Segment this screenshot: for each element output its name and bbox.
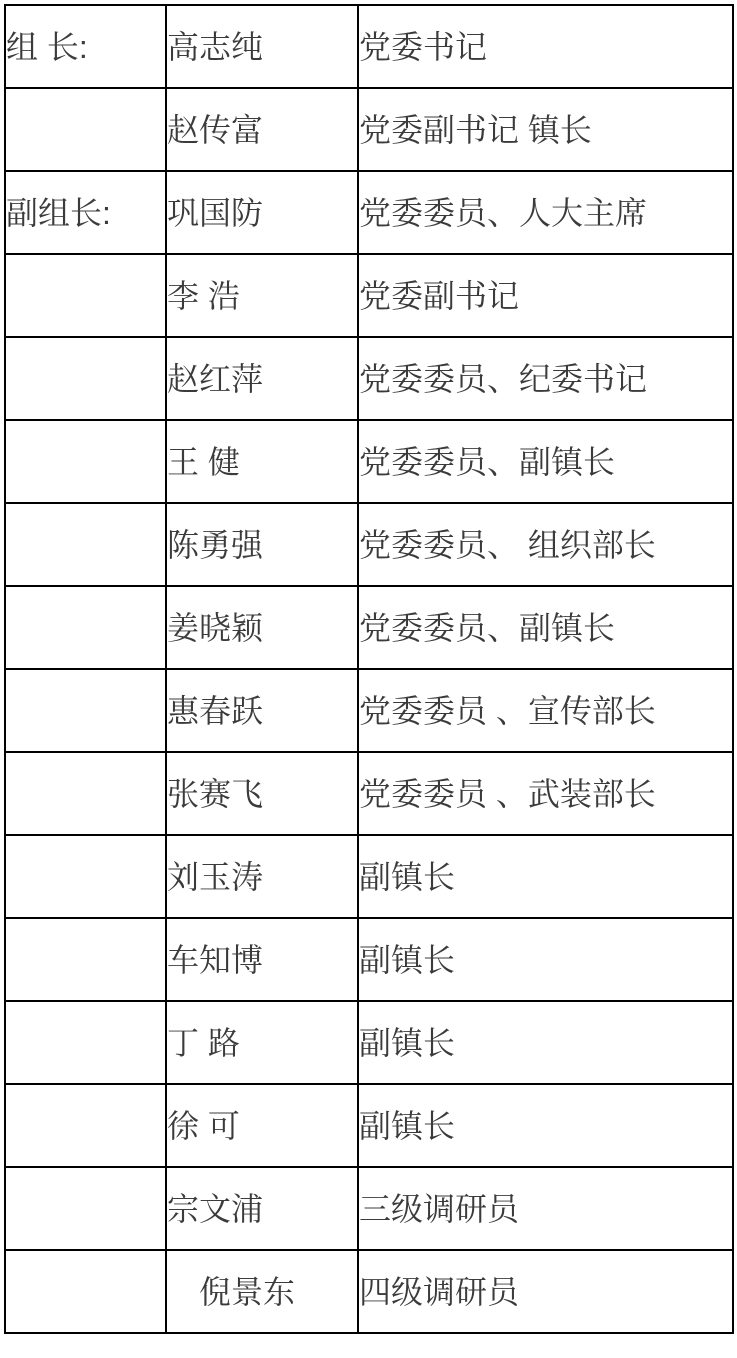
- name-cell: 徐 可: [166, 1084, 358, 1167]
- name-cell: 张赛飞: [166, 752, 358, 835]
- table-row: 陈勇强党委委员、 组织部长: [5, 503, 733, 586]
- role-cell: [5, 586, 166, 669]
- role-cell: [5, 918, 166, 1001]
- title-cell: 党委书记: [358, 5, 733, 88]
- name-cell: 高志纯: [166, 5, 358, 88]
- name-cell: 惠春跃: [166, 669, 358, 752]
- role-cell: [5, 88, 166, 171]
- role-cell: [5, 835, 166, 918]
- name-cell: 刘玉涛: [166, 835, 358, 918]
- name-cell: 丁 路: [166, 1001, 358, 1084]
- table-row: 刘玉涛副镇长: [5, 835, 733, 918]
- role-cell: 组 长:: [5, 5, 166, 88]
- title-cell: 副镇长: [358, 1001, 733, 1084]
- role-cell: [5, 752, 166, 835]
- name-cell: 倪景东: [166, 1250, 358, 1333]
- role-cell: [5, 337, 166, 420]
- title-cell: 四级调研员: [358, 1250, 733, 1333]
- table-row: 李 浩党委副书记: [5, 254, 733, 337]
- table-row: 张赛飞党委委员 、武装部长: [5, 752, 733, 835]
- title-cell: 党委委员、副镇长: [358, 420, 733, 503]
- title-cell: 副镇长: [358, 1084, 733, 1167]
- title-cell: 三级调研员: [358, 1167, 733, 1250]
- name-cell: 李 浩: [166, 254, 358, 337]
- name-cell: 宗文浦: [166, 1167, 358, 1250]
- name-cell: 赵传富: [166, 88, 358, 171]
- table-row: 丁 路副镇长: [5, 1001, 733, 1084]
- table-row: 王 健党委委员、副镇长: [5, 420, 733, 503]
- table-row: 赵传富党委副书记 镇长: [5, 88, 733, 171]
- role-cell: [5, 1250, 166, 1333]
- role-cell: [5, 420, 166, 503]
- role-cell: [5, 1084, 166, 1167]
- name-cell: 车知博: [166, 918, 358, 1001]
- title-cell: 副镇长: [358, 918, 733, 1001]
- role-cell: [5, 254, 166, 337]
- title-cell: 党委委员、人大主席: [358, 171, 733, 254]
- role-cell: [5, 1001, 166, 1084]
- name-cell: 巩国防: [166, 171, 358, 254]
- title-cell: 党委委员、纪委书记: [358, 337, 733, 420]
- role-cell: 副组长:: [5, 171, 166, 254]
- title-cell: 党委委员、 组织部长: [358, 503, 733, 586]
- table-row: 惠春跃党委委员 、宣传部长: [5, 669, 733, 752]
- role-cell: [5, 503, 166, 586]
- title-cell: 党委委员 、宣传部长: [358, 669, 733, 752]
- table-row: 赵红萍党委委员、纪委书记: [5, 337, 733, 420]
- title-cell: 党委副书记: [358, 254, 733, 337]
- table-row: 车知博副镇长: [5, 918, 733, 1001]
- title-cell: 党委委员 、武装部长: [358, 752, 733, 835]
- title-cell: 党委副书记 镇长: [358, 88, 733, 171]
- title-cell: 党委委员、副镇长: [358, 586, 733, 669]
- table-row: 姜晓颖党委委员、副镇长: [5, 586, 733, 669]
- role-cell: [5, 669, 166, 752]
- table-row: 副组长:巩国防党委委员、人大主席: [5, 171, 733, 254]
- roster-table-body: 组 长:高志纯党委书记赵传富党委副书记 镇长副组长:巩国防党委委员、人大主席李 …: [5, 5, 733, 1333]
- leadership-roster-table: 组 长:高志纯党委书记赵传富党委副书记 镇长副组长:巩国防党委委员、人大主席李 …: [4, 4, 734, 1334]
- document-page: 组 长:高志纯党委书记赵传富党委副书记 镇长副组长:巩国防党委委员、人大主席李 …: [0, 0, 737, 1358]
- table-row: 倪景东四级调研员: [5, 1250, 733, 1333]
- name-cell: 赵红萍: [166, 337, 358, 420]
- table-row: 宗文浦三级调研员: [5, 1167, 733, 1250]
- title-cell: 副镇长: [358, 835, 733, 918]
- role-cell: [5, 1167, 166, 1250]
- name-cell: 陈勇强: [166, 503, 358, 586]
- table-row: 组 长:高志纯党委书记: [5, 5, 733, 88]
- table-row: 徐 可副镇长: [5, 1084, 733, 1167]
- name-cell: 王 健: [166, 420, 358, 503]
- name-cell: 姜晓颖: [166, 586, 358, 669]
